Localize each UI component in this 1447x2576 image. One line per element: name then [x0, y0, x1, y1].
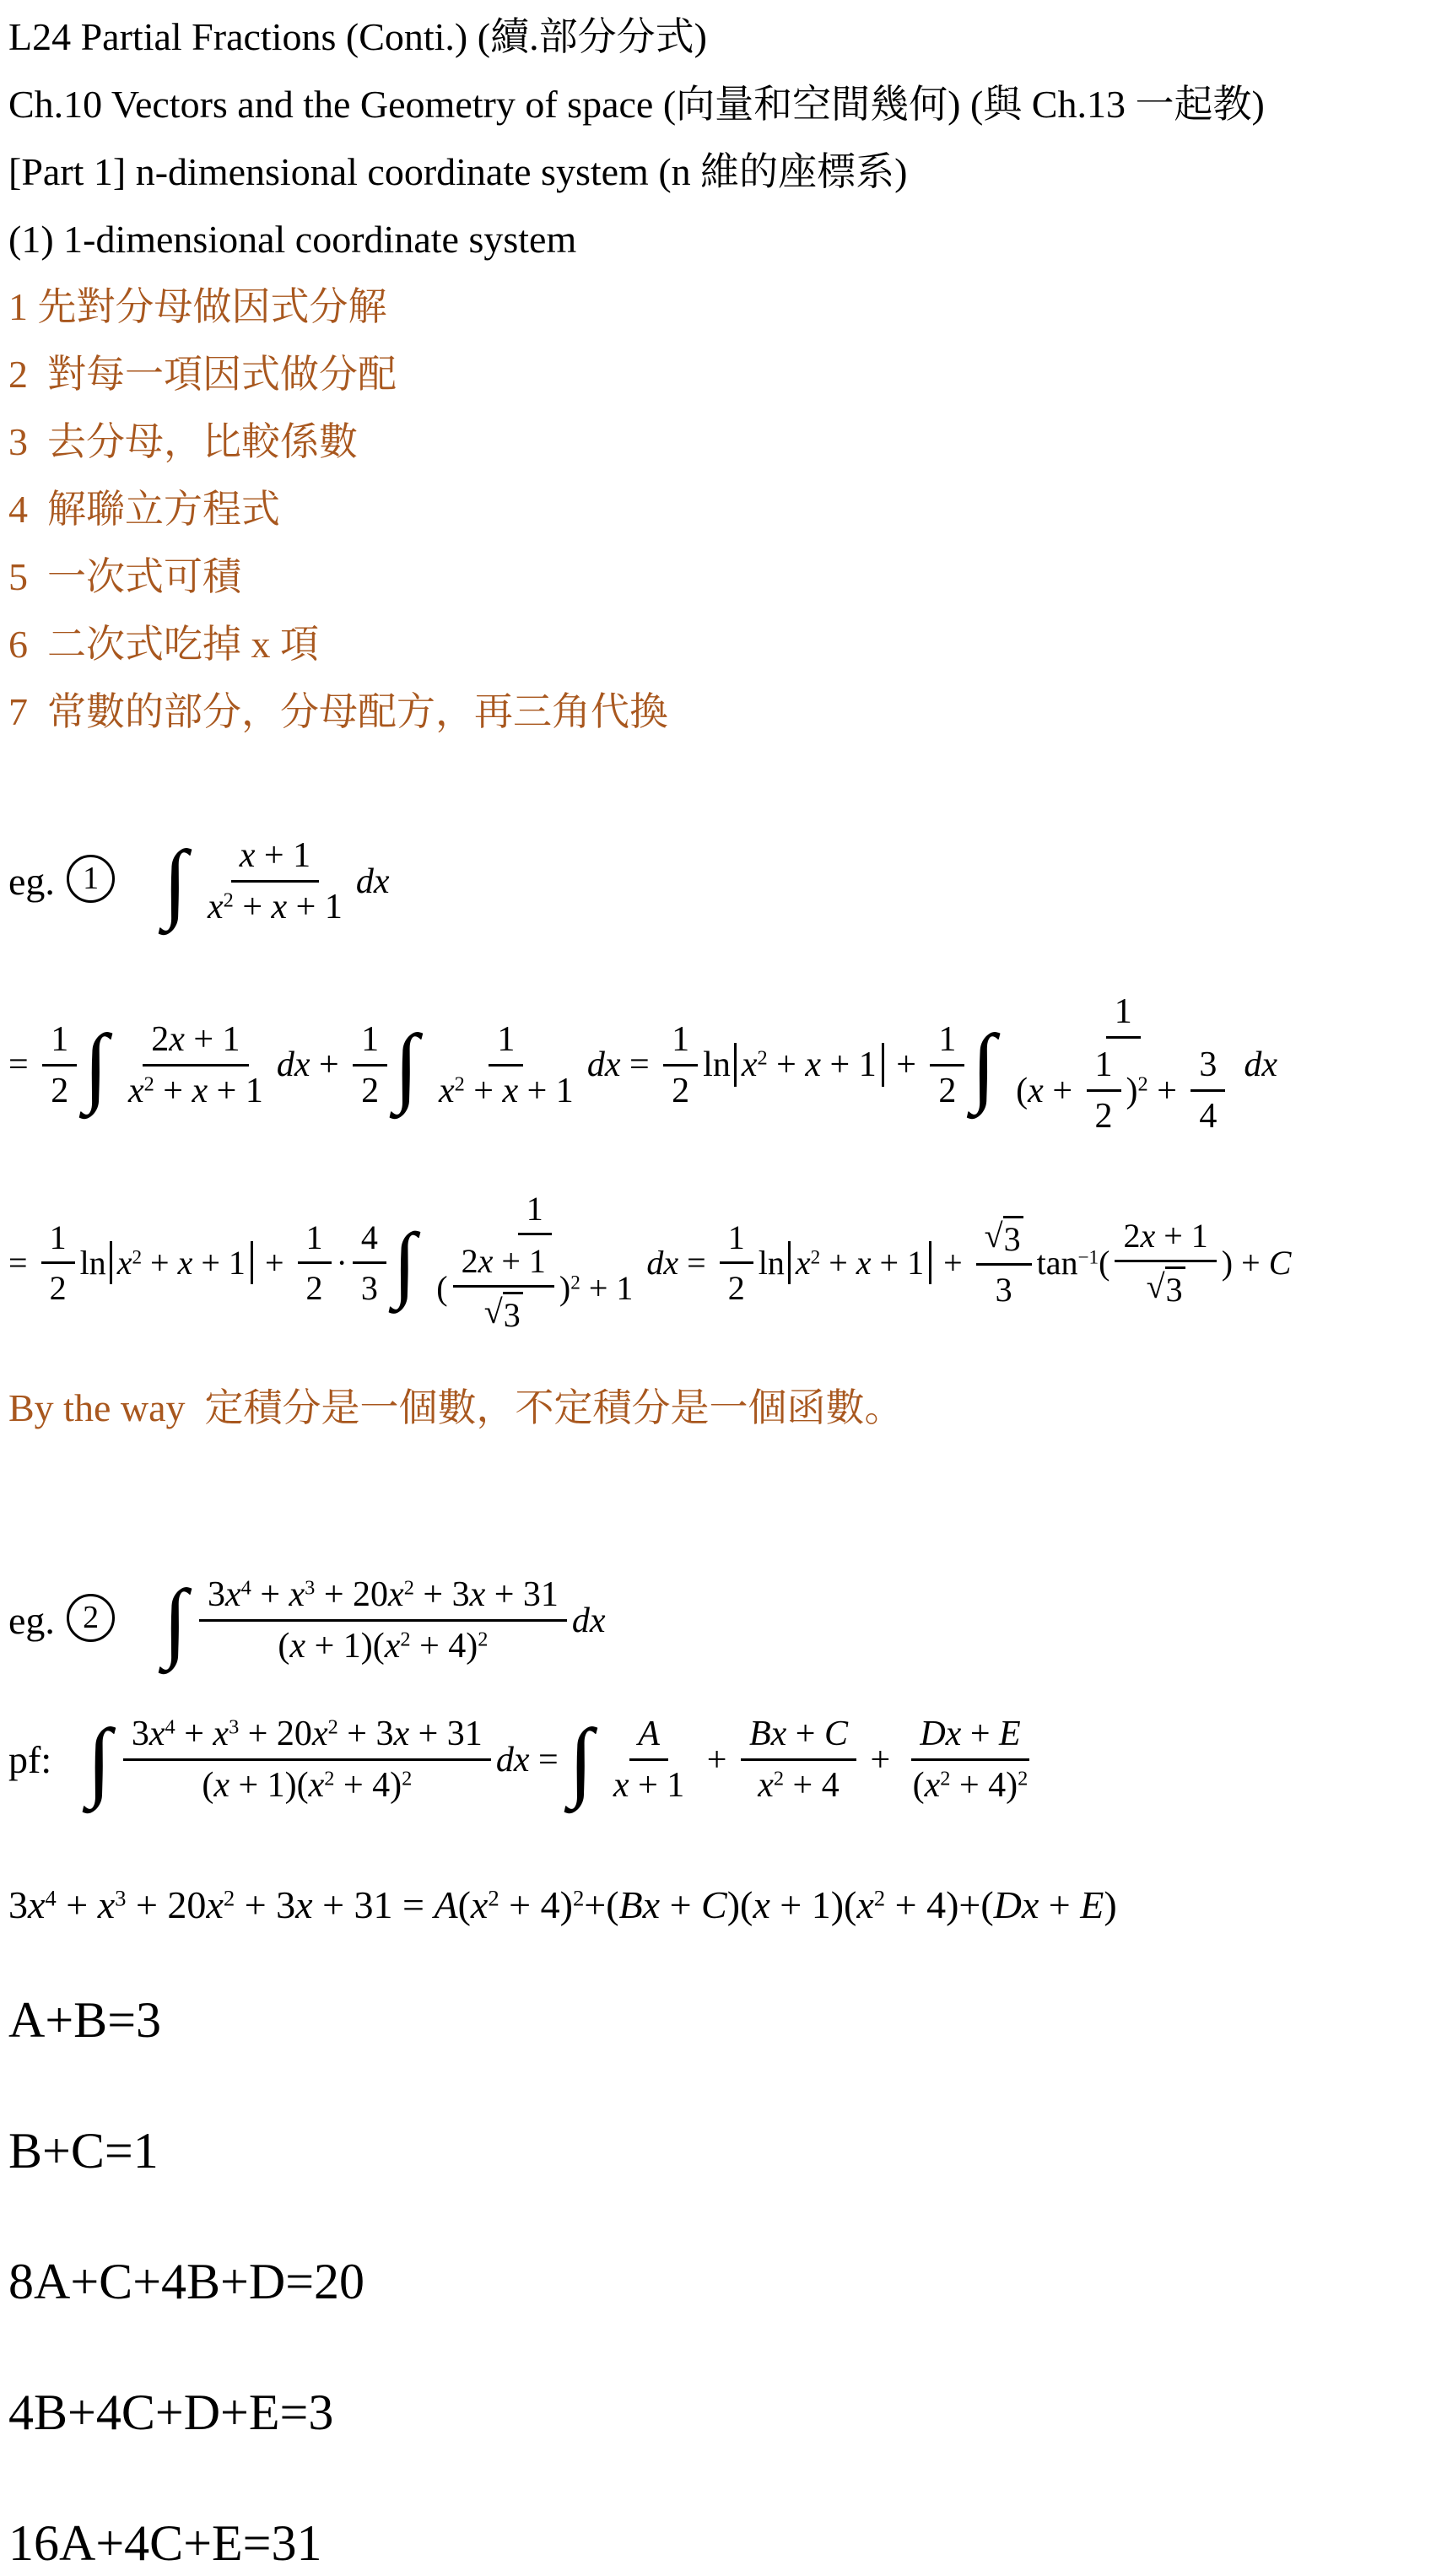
absolute-value-group: x2 + x + 1	[734, 1043, 884, 1087]
fraction: 1(x + 12)2 + 34	[1007, 990, 1239, 1140]
math-run: 2	[306, 1268, 323, 1308]
fraction-denominator: (x + 1)(x2 + 4)2	[193, 1761, 420, 1807]
system-equation-2: B+C=1	[8, 2124, 1447, 2178]
fraction-numerator: 1	[1087, 1043, 1121, 1092]
fraction-numerator: 2x + 1	[453, 1239, 554, 1288]
math-run: 1	[728, 1218, 745, 1257]
title-line-4: (1) 1-dimensional coordinate system	[8, 206, 1447, 273]
fraction-denominator: 2	[42, 1067, 77, 1113]
expanded-identity-row: 3x4 + x3 + 20x2 + 3x + 31 = A(x2 + 4)2+(…	[8, 1871, 1447, 1939]
fraction-denominator: √3	[1138, 1262, 1194, 1311]
step-3: 3 去分母，比較係數	[8, 408, 1447, 476]
square-root: √3	[1147, 1266, 1185, 1310]
example-2-row: eg. 2 ∫3x4 + x3 + 20x2 + 3x + 31(x + 1)(…	[8, 1573, 1447, 1668]
title-line-3: [Part 1] n-dimensional coordinate system…	[8, 138, 1447, 206]
math-run: 1	[50, 1218, 67, 1257]
system-equation-1: A+B=3	[8, 1993, 1447, 2047]
square-root: √3	[484, 1292, 523, 1335]
math-run: √3	[985, 1216, 1023, 1259]
fraction-denominator: (x2 + 4)2	[904, 1761, 1037, 1807]
fraction-numerator: 2x + 1	[143, 1018, 248, 1067]
integral-sign: ∫	[163, 1576, 187, 1665]
fraction-denominator: x2 + x + 1	[199, 883, 351, 929]
math-run: +	[698, 1740, 736, 1780]
proof-label: pf:	[8, 1737, 51, 1782]
math-run: 1	[1115, 991, 1132, 1032]
equation-eg1-line-a: = 12∫2x + 1x2 + x + 1dx + 12∫1x2 + x + 1…	[8, 990, 1277, 1140]
fraction-numerator: 2x + 1	[1115, 1214, 1216, 1262]
math-run: (x2 + 4)2	[913, 1765, 1029, 1806]
fraction-denominator: 2	[930, 1067, 964, 1113]
example-1-step-a-row: = 12∫2x + 1x2 + x + 1dx + 12∫1x2 + x + 1…	[8, 990, 1447, 1140]
lecture-notes-page: L24 Partial Fractions (Conti.) (續.部分分式) …	[0, 0, 1447, 2576]
fraction-denominator: (2x + 1√3)2 + 1	[428, 1235, 641, 1338]
math-run: x2 + x + 1	[796, 1243, 924, 1283]
absolute-value-group: x2 + x + 1	[110, 1241, 253, 1284]
math-run: ) + C	[1222, 1243, 1292, 1283]
fraction-denominator: 3	[987, 1266, 1021, 1311]
fraction-numerator: x + 1	[231, 834, 319, 883]
math-run: x2 + x + 1	[742, 1045, 877, 1085]
equation-polynomial-identity: 3x4 + x3 + 20x2 + 3x + 31 = A(x2 + 4)2+(…	[8, 1871, 1117, 1939]
fraction-denominator: 2	[353, 1067, 387, 1113]
fraction: 12	[930, 1018, 964, 1113]
equation-eg1-line-b: = 12lnx2 + x + 1 + 12·43∫1(2x + 1√3)2 + …	[8, 1187, 1291, 1338]
math-run: +	[861, 1740, 899, 1780]
fraction: 1(2x + 1√3)2 + 1	[428, 1187, 641, 1338]
math-run: lnx2 + x + 1 +	[759, 1241, 971, 1284]
math-run: 1	[526, 1189, 543, 1229]
title-line-2: Ch.10 Vectors and the Geometry of space …	[8, 71, 1447, 138]
fraction: 12	[42, 1018, 77, 1113]
math-run: lnx2 + x + 1 +	[703, 1043, 925, 1087]
fraction: 12	[298, 1216, 332, 1310]
math-run: x + 1	[613, 1765, 684, 1806]
math-run: 1	[306, 1218, 323, 1257]
math-run: 3	[361, 1268, 378, 1308]
fraction: 12	[353, 1018, 387, 1113]
proof-row: pf: ∫3x4 + x3 + 20x2 + 3x + 31(x + 1)(x2…	[8, 1712, 1447, 1807]
example-2-label: eg. 2	[8, 1596, 115, 1644]
integral-sign: ∫	[569, 1715, 593, 1804]
math-run: 4	[1199, 1096, 1217, 1137]
math-run: x + 1	[240, 835, 310, 876]
math-run: 2	[1095, 1096, 1113, 1137]
fraction-numerator: 3	[1191, 1043, 1225, 1092]
math-run: 2	[938, 1071, 956, 1111]
step-7: 7 常數的部分，分母配方，再三角代換	[8, 678, 1447, 746]
fraction: 3x4 + x3 + 20x2 + 3x + 31(x + 1)(x2 + 4)…	[199, 1573, 567, 1668]
fraction: 3x4 + x3 + 20x2 + 3x + 31(x + 1)(x2 + 4)…	[123, 1712, 491, 1807]
math-run: Bx + C	[749, 1714, 848, 1754]
fraction-numerator: 4	[353, 1216, 386, 1264]
math-run: √3	[484, 1292, 523, 1335]
system-equation-3: 8A+C+4B+D=20	[8, 2255, 1447, 2309]
system-equation-4: 4B+4C+D+E=3	[8, 2385, 1447, 2439]
fraction-denominator: 2	[298, 1264, 332, 1310]
math-run: x2 + x + 1	[128, 1071, 263, 1111]
step-4: 4 解聯立方程式	[8, 476, 1447, 543]
fraction: x + 1x2 + x + 1	[199, 834, 351, 929]
circled-2-icon: 2	[67, 1594, 115, 1642]
step-6: 6 二次式吃掉 x 項	[8, 611, 1447, 678]
fraction-numerator: 1	[41, 1216, 75, 1264]
math-run: lnx2 + x + 1 +	[80, 1241, 293, 1284]
math-run: √3	[1147, 1266, 1185, 1310]
step-1: 1 先對分母做因式分解	[8, 273, 1447, 341]
fraction-numerator: 1	[930, 1018, 964, 1067]
fraction-denominator: 2	[41, 1264, 75, 1310]
math-run: )2 + 1	[559, 1268, 633, 1308]
example-1-label: eg. 1	[8, 857, 115, 905]
math-run: x2 + x + 1	[117, 1243, 246, 1283]
math-run: (	[436, 1268, 447, 1308]
fraction-denominator: 3	[353, 1264, 386, 1310]
fraction: 1x2 + x + 1	[430, 1018, 582, 1113]
integral-sign: ∫	[87, 1715, 111, 1804]
math-run: dx +	[277, 1045, 348, 1085]
fraction-numerator: 1	[298, 1216, 332, 1264]
integral-sign: ∫	[163, 837, 187, 926]
math-run: 3x4 + x3 + 20x2 + 3x + 31 = A(x2 + 4)2+(…	[8, 1871, 1117, 1939]
eg-text: eg.	[8, 1598, 55, 1643]
fraction-denominator: x2 + x + 1	[430, 1067, 582, 1113]
eg-text: eg.	[8, 859, 55, 904]
fraction-denominator: √3	[476, 1288, 532, 1337]
math-run: 1	[1095, 1045, 1113, 1085]
math-run: 1	[672, 1019, 689, 1060]
math-run: 3	[996, 1270, 1012, 1310]
fraction-numerator: 1	[663, 1018, 698, 1067]
fraction: 2x + 1√3	[1115, 1214, 1216, 1311]
math-run: 2	[51, 1071, 68, 1111]
pf-text: pf:	[8, 1737, 51, 1782]
math-run: x2 + 4	[758, 1765, 840, 1806]
math-run: 2x + 1	[1123, 1216, 1207, 1256]
fraction-numerator: Bx + C	[741, 1712, 856, 1761]
fraction-numerator: Dx + E	[911, 1712, 1029, 1761]
math-run: A	[638, 1714, 660, 1754]
fraction-denominator: x2 + x + 1	[120, 1067, 272, 1113]
integral-sign: ∫	[394, 1021, 418, 1110]
fraction-denominator: (x + 12)2 + 34	[1007, 1039, 1239, 1140]
math-run: 2	[728, 1268, 745, 1308]
math-run: Dx + E	[920, 1714, 1020, 1754]
fraction-denominator: (x + 1)(x2 + 4)2	[269, 1622, 496, 1668]
math-run: 2	[672, 1071, 689, 1111]
math-run: 3x4 + x3 + 20x2 + 3x + 31	[208, 1574, 559, 1615]
fraction-denominator: 2	[720, 1264, 753, 1310]
math-run: 1	[497, 1019, 515, 1060]
math-run: dx	[572, 1601, 606, 1641]
math-run: 2	[50, 1268, 67, 1308]
fraction-denominator: 2	[1087, 1092, 1121, 1138]
example-1-row: eg. 1 ∫x + 1x2 + x + 1dx	[8, 834, 1447, 929]
fraction-numerator: 1	[720, 1216, 753, 1264]
fraction-denominator: x2 + 4	[749, 1761, 848, 1807]
square-root: √3	[985, 1216, 1023, 1259]
fraction: Ax + 1	[605, 1712, 693, 1807]
fraction-denominator: 4	[1191, 1092, 1225, 1138]
fraction-numerator: 1	[42, 1018, 77, 1067]
fraction: Dx + E(x2 + 4)2	[904, 1712, 1037, 1807]
equation-eg2-integral: ∫3x4 + x3 + 20x2 + 3x + 31(x + 1)(x2 + 4…	[161, 1573, 605, 1668]
fraction: 12	[41, 1216, 75, 1310]
math-run: 2x + 1	[462, 1241, 546, 1281]
fraction: 43	[353, 1216, 386, 1310]
title-line-1: L24 Partial Fractions (Conti.) (續.部分分式)	[8, 3, 1447, 71]
math-run: 1	[51, 1019, 68, 1060]
equation-eg1-integral: ∫x + 1x2 + x + 1dx	[161, 834, 389, 929]
fraction-denominator: 2	[663, 1067, 698, 1113]
circled-1-icon: 1	[67, 855, 115, 903]
math-run: ·	[337, 1243, 348, 1283]
math-run: )2 +	[1126, 1071, 1186, 1111]
math-run: 2	[361, 1071, 379, 1111]
math-run: (x +	[1016, 1071, 1081, 1111]
integral-sign: ∫	[84, 1021, 108, 1110]
integral-sign: ∫	[393, 1221, 416, 1305]
byline-note: By the way 定積分是一個數，不定積分是一個函數。	[8, 1379, 1447, 1438]
math-run: dx	[1244, 1045, 1277, 1085]
fraction: 12	[720, 1216, 753, 1310]
math-run: tan−1(	[1037, 1243, 1110, 1283]
math-run: x2 + x + 1	[208, 887, 343, 927]
fraction: 34	[1191, 1043, 1225, 1138]
step-2: 2 對每一項因式做分配	[8, 341, 1447, 408]
integral-sign: ∫	[971, 1021, 996, 1110]
math-run: =	[8, 1045, 37, 1085]
math-run: (x + 1)(x2 + 4)2	[278, 1626, 488, 1666]
math-run: dx =	[646, 1243, 714, 1283]
fraction: 12	[1087, 1043, 1121, 1138]
math-run: 3	[1199, 1045, 1217, 1085]
fraction-numerator: 3x4 + x3 + 20x2 + 3x + 31	[123, 1712, 491, 1761]
fraction-numerator: 1	[353, 1018, 387, 1067]
fraction-denominator: x + 1	[605, 1761, 693, 1807]
math-run: dx	[356, 861, 390, 902]
math-run: 3x4 + x3 + 20x2 + 3x + 31	[132, 1714, 483, 1754]
math-run: x2 + x + 1	[439, 1071, 574, 1111]
math-run: =	[8, 1243, 36, 1283]
fraction-numerator: √3	[976, 1214, 1032, 1266]
math-run: 2x + 1	[151, 1019, 240, 1060]
absolute-value-group: x2 + x + 1	[788, 1241, 931, 1284]
step-5: 5 一次式可積	[8, 543, 1447, 611]
math-run: (x + 1)(x2 + 4)2	[202, 1765, 412, 1806]
math-run: dx =	[587, 1045, 658, 1085]
fraction-numerator: 1	[1106, 990, 1141, 1039]
fraction-numerator: A	[629, 1712, 668, 1761]
math-run: dx =	[496, 1740, 567, 1780]
fraction: Bx + Cx2 + 4	[741, 1712, 856, 1807]
math-run: 4	[361, 1218, 378, 1257]
fraction-numerator: 1	[489, 1018, 523, 1067]
math-run: 1	[361, 1019, 379, 1060]
fraction: √33	[976, 1214, 1032, 1311]
fraction: 12	[663, 1018, 698, 1113]
example-1-step-b-row: = 12lnx2 + x + 1 + 12·43∫1(2x + 1√3)2 + …	[8, 1187, 1447, 1338]
fraction: 2x + 1x2 + x + 1	[120, 1018, 272, 1113]
system-equation-5: 16A+4C+E=31	[8, 2516, 1447, 2570]
fraction-numerator: 3x4 + x3 + 20x2 + 3x + 31	[199, 1573, 567, 1622]
fraction-numerator: 1	[518, 1187, 552, 1235]
fraction: 2x + 1√3	[453, 1239, 554, 1337]
equation-partial-fraction-setup: ∫3x4 + x3 + 20x2 + 3x + 31(x + 1)(x2 + 4…	[85, 1712, 1041, 1807]
math-run: 1	[938, 1019, 956, 1060]
